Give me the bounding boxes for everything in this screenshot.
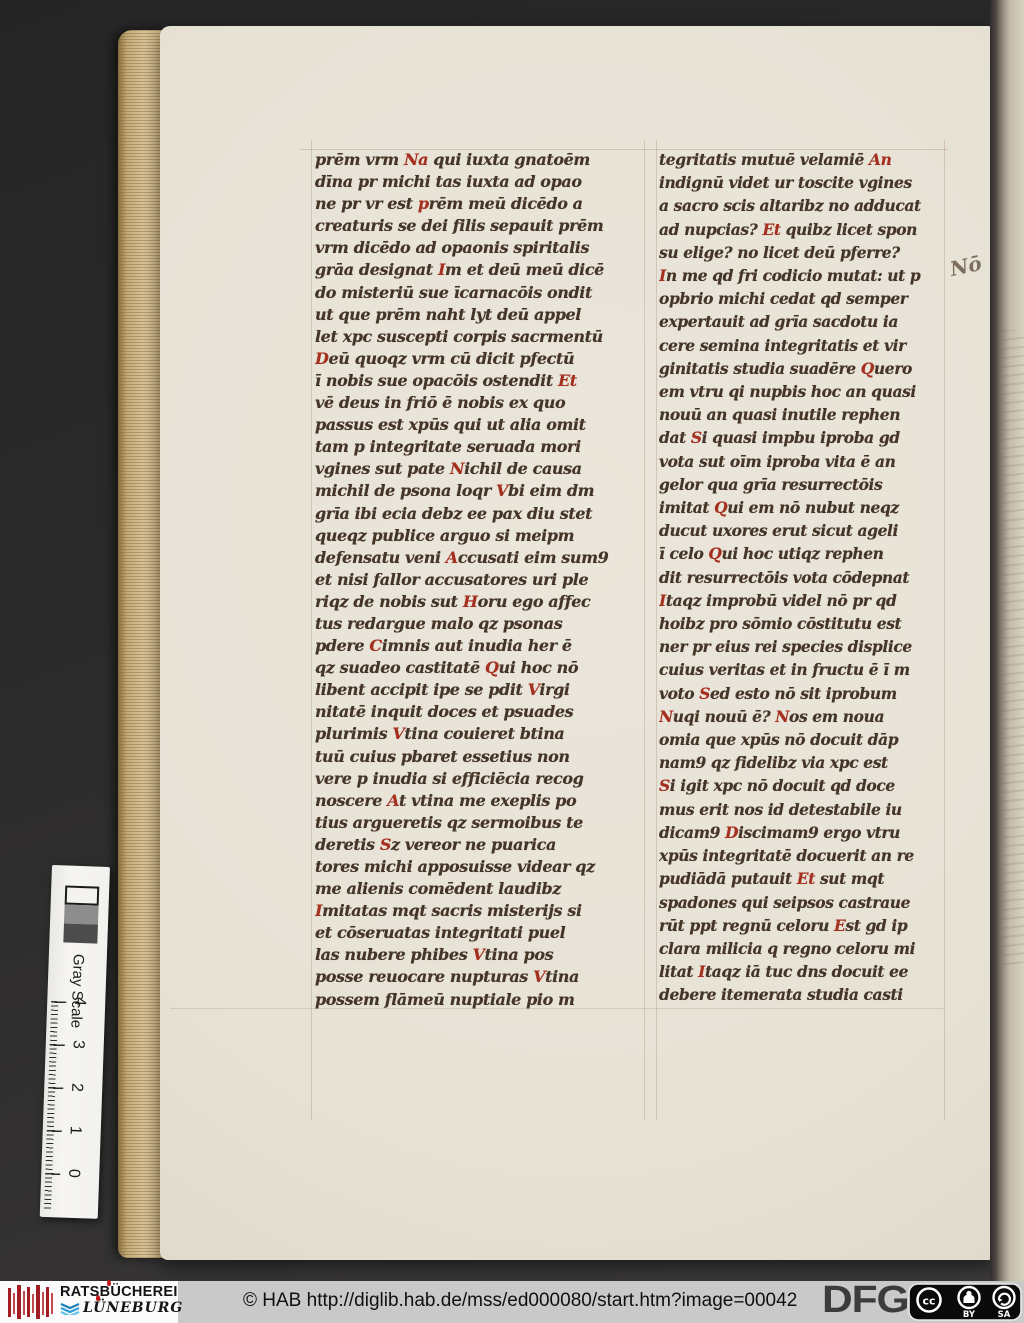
book-leaf-edges <box>118 30 166 1258</box>
manuscript-text-line: deretis Sz vereor ne puarica <box>315 834 645 856</box>
umlaut-flame-icon <box>107 1280 111 1286</box>
library-bars-icon <box>7 1284 55 1320</box>
manuscript-text-line: ginitatis studia suadēre Quero <box>659 357 947 380</box>
ruler-number: 2 <box>67 1083 86 1100</box>
manuscript-text-line: riqz de nobis sut Horu ego affec <box>315 591 645 613</box>
ruler-dark-swatch <box>63 923 98 943</box>
svg-text:cc: cc <box>922 1295 935 1308</box>
manuscript-text-line: imitat Qui em nō nubut neqz <box>659 496 947 519</box>
manuscript-text-line: debere itemerata studia casti <box>659 983 947 1006</box>
manuscript-text-line: tius argueretis qz sermoibus te <box>315 812 645 834</box>
manuscript-text-line: ad nupcias? Et quibz licet spon <box>659 218 947 241</box>
library-name: RATSBÜCHEREI LÜNEBURG <box>60 1284 183 1316</box>
ruler-number: 4 <box>70 997 89 1014</box>
library-logo-box[interactable]: RATSBÜCHEREI LÜNEBURG <box>0 1281 178 1323</box>
manuscript-text-line: cere semina integritatis et vir <box>659 334 947 357</box>
manuscript-photo: prēm vrm Na qui iuxta gnatoēmdīna pr mic… <box>0 0 1024 1281</box>
manuscript-text-line: plurimis Vtina couieret btina <box>315 723 645 745</box>
manuscript-text-line: possem flāmeū nuptiale pio m <box>315 989 645 1011</box>
manuscript-text-line: do misteriū sue īcarnacōis ondit <box>315 282 645 304</box>
manuscript-text-line: et cōseruatas integritati puel <box>315 922 645 944</box>
library-name-line2: LÜNEBURG <box>83 1300 183 1316</box>
manuscript-text-line: vgines sut pate Nichil de causa <box>315 458 645 480</box>
manuscript-text-line: su elige? no licet deū pferre? <box>659 241 947 264</box>
manuscript-text-line: rūt ppt regnū celoru Est gd ip <box>659 914 947 937</box>
waves-book-icon <box>60 1301 80 1315</box>
gray-scale-label: Gray Scale <box>69 954 87 975</box>
manuscript-text-line: qz suadeo castitatē Qui hoc nō <box>315 657 645 679</box>
manuscript-text-line: hoibz pro sōmio cōstitutu est <box>659 612 947 635</box>
manuscript-text-line: grīa ibi ecia debz ee pax diu stet <box>315 503 645 525</box>
cc-by-sa-license-badge[interactable]: cc BY SA <box>908 1283 1022 1321</box>
cc-by-label: BY <box>963 1310 976 1320</box>
manuscript-text-line: xpūs integritatē docuerit an re <box>659 844 947 867</box>
digitized-manuscript-viewer: prēm vrm Na qui iuxta gnatoēmdīna pr mic… <box>0 0 1024 1323</box>
manuscript-text-line: passus est xpūs qui ut alia omit <box>315 414 645 436</box>
manuscript-text-line: me alienis comēdent laudibz <box>315 878 645 900</box>
ruler-number: 1 <box>65 1126 84 1143</box>
manuscript-column-left: prēm vrm Na qui iuxta gnatoēmdīna pr mic… <box>315 149 645 1011</box>
manuscript-text-line: prēm vrm Na qui iuxta gnatoēm <box>315 149 645 171</box>
manuscript-text-line: Nuqi nouū ē? Nos em noua <box>659 705 947 728</box>
manuscript-text-line: las nubere phibes Vtina pos <box>315 944 645 966</box>
manuscript-text-line: ut que prēm naht lyt deū appel <box>315 304 645 326</box>
manuscript-text-line: ī celo Qui hoc utiqz rephen <box>659 542 947 565</box>
copyright-url-text[interactable]: © HAB http://diglib.hab.de/mss/ed000080/… <box>243 1290 797 1312</box>
manuscript-text-line: dit resurrectōis vota cōdepnat <box>659 566 947 589</box>
manuscript-text-line: tus redargue malo qz psonas <box>315 613 645 635</box>
manuscript-text-line: Si igit xpc nō docuit qd doce <box>659 774 947 797</box>
column-ruling-line <box>311 140 312 1120</box>
gray-scale-ruler: Gray Scale 43210 <box>40 865 110 1219</box>
manuscript-text-line: et nisi fallor accusatores uri ple <box>315 569 645 591</box>
manuscript-text-line: indignū videt ur toscite vgines <box>659 171 947 194</box>
manuscript-text-line: a sacro scis altaribz no adducat <box>659 194 947 217</box>
manuscript-text-line: grāa designat Im et deū meū dicē <box>315 259 645 281</box>
manuscript-text-line: spadones qui seipsos castraue <box>659 891 947 914</box>
manuscript-text-line: tores michi apposuisse videar qz <box>315 856 645 878</box>
manuscript-text-line: em vtru qi nupbis hoc an quasi <box>659 380 947 403</box>
facing-page-text-showthrough <box>1002 330 1024 970</box>
manuscript-text-line: creaturis se dei filis sepauit prēm <box>315 215 645 237</box>
manuscript-text-line: noscere At vtina me exeplis po <box>315 790 645 812</box>
manuscript-text-line: gelor qua grīa resurrectōis <box>659 473 947 496</box>
manuscript-text-line: dīna pr michi tas iuxta ad opao <box>315 171 645 193</box>
manuscript-text-line: defensatu veni Accusati eim sum9 <box>315 547 645 569</box>
cc-sa-label: SA <box>998 1310 1011 1320</box>
manuscript-text-line: posse reuocare nupturas Vtina <box>315 966 645 988</box>
ruler-gray-swatch <box>64 904 99 924</box>
dfg-logo[interactable]: DFG <box>822 1279 908 1322</box>
manuscript-text-line: omia que xpūs nō docuit dāp <box>659 728 947 751</box>
column-ruling-line <box>656 140 657 1120</box>
manuscript-text-line: Imitatas mqt sacris misterijs si <box>315 900 645 922</box>
manuscript-text-line: ne pr vr est prēm meū dicēdo a <box>315 193 645 215</box>
manuscript-text-line: vota sut oīm iproba vita ē an <box>659 450 947 473</box>
manuscript-text-line: ī nobis sue opacōis ostendit Et <box>315 370 645 392</box>
ruler-white-swatch <box>65 885 100 905</box>
manuscript-text-line: tam p integritate seruada mori <box>315 436 645 458</box>
manuscript-column-right: tegritatis mutuē velamiē Anindignū videt… <box>659 148 947 1007</box>
manuscript-text-line: nouū an quasi inutile rephen <box>659 403 947 426</box>
manuscript-text-line: Deū quoqz vrm cū dicit pfectū <box>315 348 645 370</box>
manuscript-text-line: cuius veritas et in fructu ē ī m <box>659 658 947 681</box>
library-name-line1: RATSBÜCHEREI <box>60 1284 183 1300</box>
manuscript-text-line: Itaqz improbū videl nō pr qd <box>659 589 947 612</box>
manuscript-text-line: opbrio michi cedat qd semper <box>659 287 947 310</box>
manuscript-text-line: tegritatis mutuē velamiē An <box>659 148 947 171</box>
manuscript-text-line: pdere Cimnis aut inudia her ē <box>315 635 645 657</box>
ruler-cm-ticks <box>44 1001 66 1213</box>
manuscript-text-line: nitatē inquit doces et psuades <box>315 701 645 723</box>
manuscript-text-line: expertauit ad grīa sacdotu ia <box>659 310 947 333</box>
ruler-number: 0 <box>64 1169 83 1186</box>
manuscript-text-line: dicam9 Discimam9 ergo vtru <box>659 821 947 844</box>
manuscript-text-line: ducut uxores erut sicut ageli <box>659 519 947 542</box>
ruler-numbers: 43210 <box>52 865 110 867</box>
manuscript-text-line: let xpc suscepti corpis sacrmentū <box>315 326 645 348</box>
manuscript-text-line: pudiādā putauit Et sut mqt <box>659 867 947 890</box>
manuscript-text-line: libent accipit ipe se pdit Virgi <box>315 679 645 701</box>
manuscript-text-line: vē deus in friō ē nobis ex quo <box>315 392 645 414</box>
manuscript-text-line: tuū cuius pbaret essetius non <box>315 746 645 768</box>
manuscript-text-line: nam9 qz fidelibz via xpc est <box>659 751 947 774</box>
umlaut-flame-icon <box>96 1295 100 1301</box>
footer-bar: RATSBÜCHEREI LÜNEBURG © HAB http://di <box>0 1281 1024 1323</box>
manuscript-text-line: mus erit nos id detestabile iu <box>659 798 947 821</box>
manuscript-text-line: dat Si quasi impbu iproba gd <box>659 426 947 449</box>
manuscript-text-line: In me qd fri codicio mutat: ut p <box>659 264 947 287</box>
manuscript-text-line: queqz publice arguo si meipm <box>315 525 645 547</box>
manuscript-text-line: michil de psona loqr Vbi eim dm <box>315 480 645 502</box>
manuscript-text-line: voto Sed esto nō sit iprobum <box>659 682 947 705</box>
ruler-number: 3 <box>68 1040 87 1057</box>
manuscript-text-line: vrm dicēdo ad opaonis spiritalis <box>315 237 645 259</box>
manuscript-text-line: ner pr eius rei species displice <box>659 635 947 658</box>
manuscript-text-line: clara milicia q regno celoru mi <box>659 937 947 960</box>
manuscript-text-line: litat Itaqz iā tuc dns docuit ee <box>659 960 947 983</box>
manuscript-text-line: vere p inudia si efficiēcia recog <box>315 768 645 790</box>
